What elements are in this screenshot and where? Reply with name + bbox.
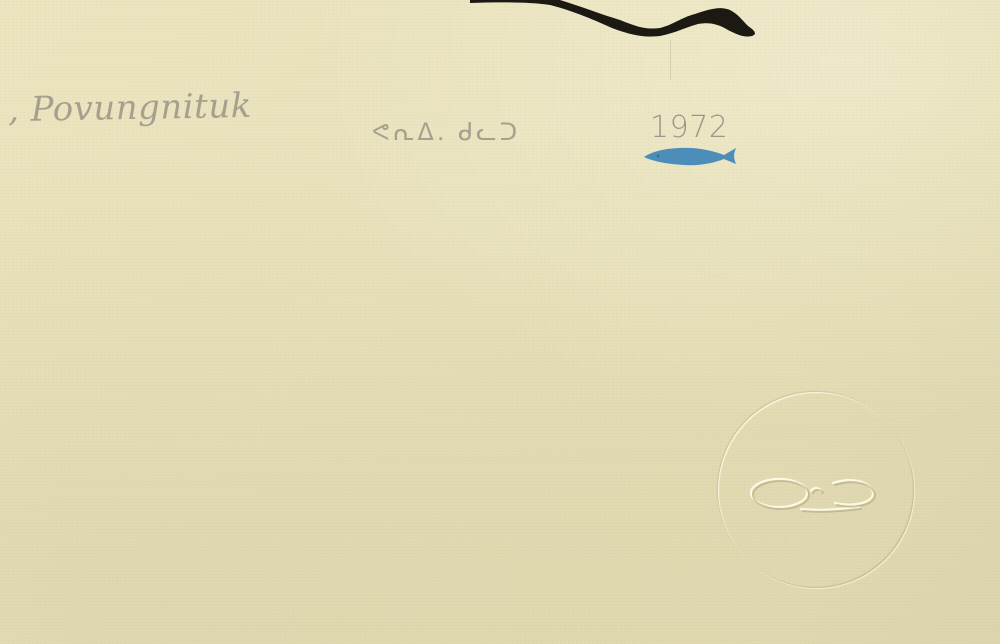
emboss-seal-label: blind-embossed circular studio chop: [0, 0, 1, 1]
paper-crease: [670, 40, 671, 80]
brushstroke-label: black ink brushstroke: [0, 0, 1, 1]
place-inscription: , Povungnituk: [8, 86, 252, 130]
fish-chop-label: blue fish chop: [0, 0, 1, 1]
artist-signature-syllabics: ᕙᕆᐃ. ᑯᓚᑐ: [372, 118, 520, 146]
year-inscription: 1972: [650, 110, 728, 145]
embossed-chop-mark-icon: [742, 470, 892, 520]
ink-brushstroke: [470, 0, 760, 40]
fish-chop-icon: [642, 144, 740, 168]
